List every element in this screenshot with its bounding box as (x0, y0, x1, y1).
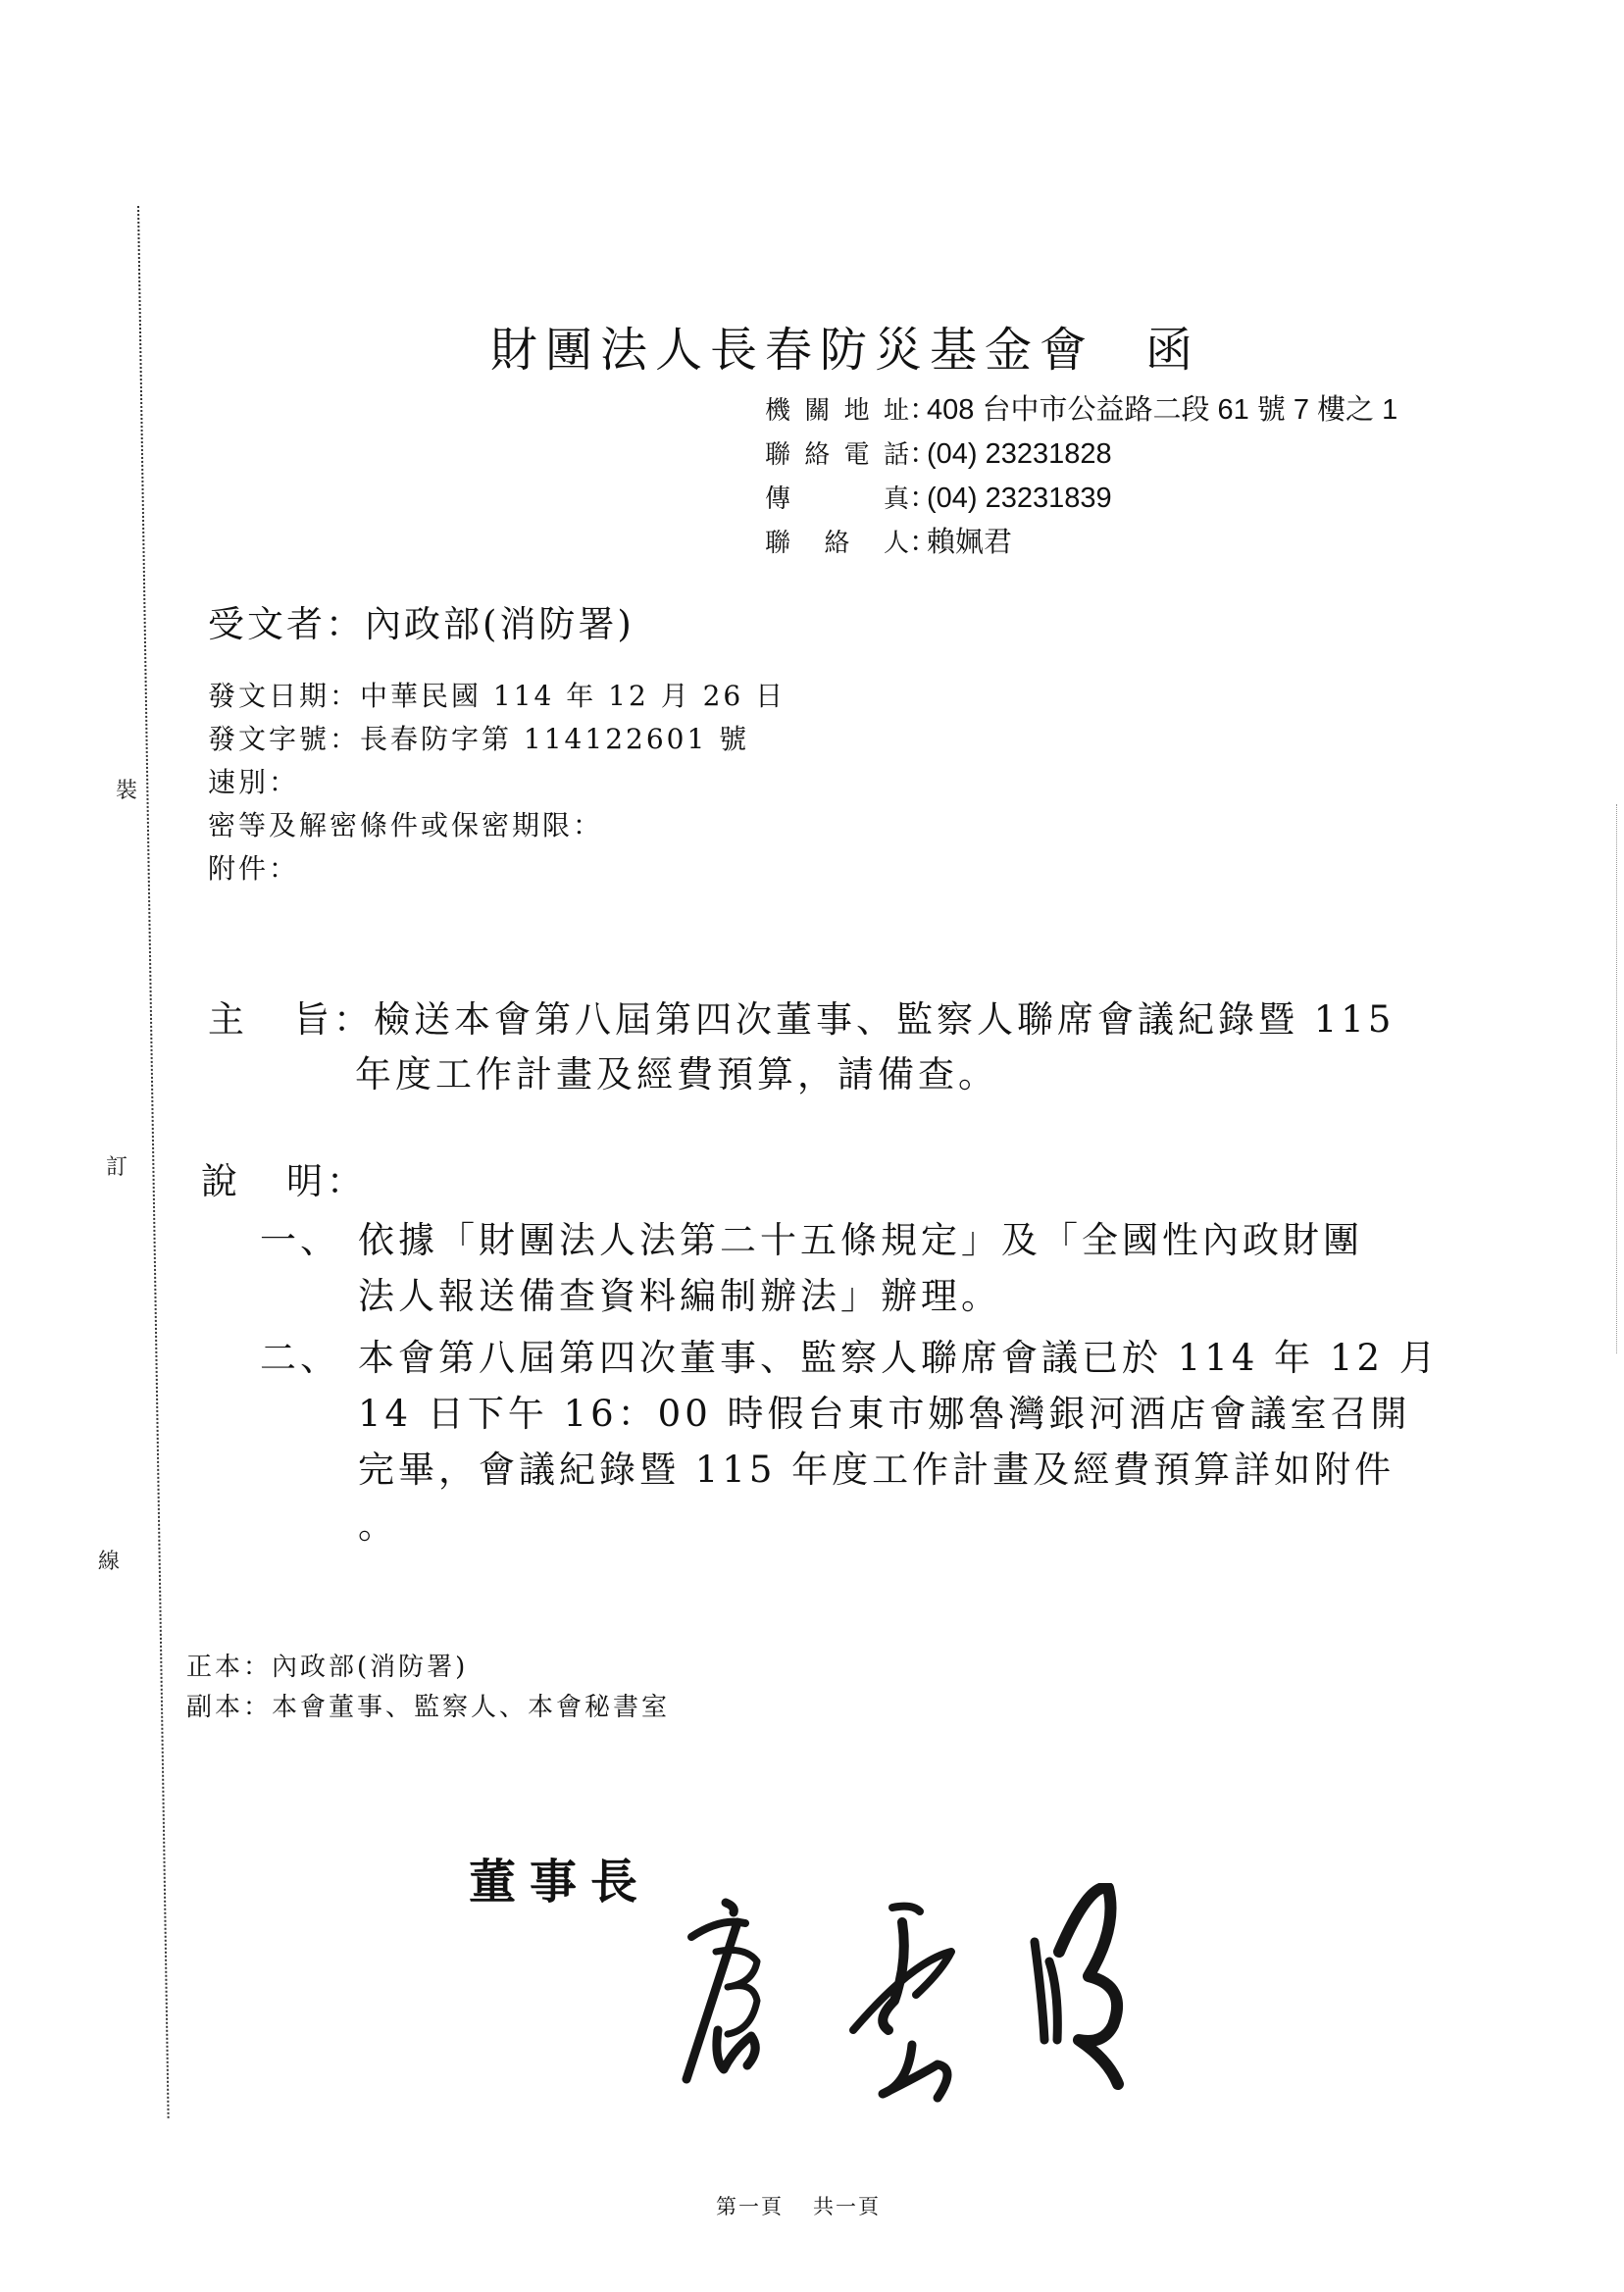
sender-fax-value: (04) 23231839 (927, 483, 1112, 514)
sender-contact-value: 賴姵君 (927, 525, 1012, 558)
sender-address-label: 機關地址 (765, 390, 909, 433)
attachment-label: 附件 (208, 852, 269, 885)
binding-margin-line (137, 206, 170, 2118)
item-line: 完畢，會議紀錄暨 115 年度工作計畫及經費預算詳如附件 (260, 1442, 1440, 1498)
sender-phone-value: (04) 23231828 (927, 438, 1112, 470)
recipient-value: 內政部(消防署) (365, 603, 634, 645)
subject-section: 主旨：檢送本會第八屆第四次董事、監察人聯席會議紀錄暨 115 年度工作計畫及經費… (208, 993, 1395, 1102)
sender-contact-label: 聯 絡 人 (765, 523, 909, 565)
subject-label: 主旨 (208, 993, 333, 1047)
sender-address-row: 機關地址：408 台中市公益路二段 61 號 7 樓之 1 (765, 388, 1397, 433)
explanation-label: 說明 (201, 1151, 327, 1204)
subject-line-2: 年度工作計畫及經費預算，請備查。 (208, 1047, 1395, 1102)
distribution: 正本：內政部(消防署) 副本：本會董事、監察人、本會秘書室 (186, 1648, 670, 1728)
scan-edge-artifact (1616, 804, 1617, 1353)
issue-date-value: 中華民國 114 年 12 月 26 日 (360, 680, 786, 712)
chairman-title: 董事長 (469, 1844, 651, 1911)
sender-info: 機關地址：408 台中市公益路二段 61 號 7 樓之 1 聯絡電話：(04) … (765, 388, 1397, 565)
sender-fax-label: 傳 真 (765, 479, 909, 521)
item-line: 法人報送備查資料編制辦法」辦理。 (260, 1268, 1363, 1324)
item-line: 本會第八屆第四次董事、監察人聯席會議已於 114 年 12 月 (358, 1337, 1440, 1379)
sender-contact-row: 聯 絡 人：賴姵君 (765, 521, 1397, 565)
reference-number-row: 發文字號：長春防字第 114122601 號 (208, 718, 786, 761)
cc-value: 本會董事、監察人、本會秘書室 (272, 1693, 670, 1722)
issue-date-label: 發文日期 (208, 680, 330, 712)
attachment-row: 附件： (208, 847, 786, 891)
subject-line-1: 檢送本會第八屆第四次董事、監察人聯席會議紀錄暨 115 (374, 998, 1395, 1041)
item-line: 。 (260, 1498, 1440, 1553)
original-value: 內政部(消防署) (272, 1653, 468, 1682)
sender-address-value: 408 台中市公益路二段 61 號 7 樓之 1 (927, 394, 1397, 426)
recipient: 受文者：內政部(消防署) (208, 594, 634, 647)
original-recipient-row: 正本：內政部(消防署) (186, 1648, 670, 1688)
recipient-label: 受文者 (208, 603, 326, 645)
sender-phone-row: 聯絡電話：(04) 23231828 (765, 433, 1397, 477)
binding-mark-ding: 訂 (106, 1157, 127, 1179)
page-number: 第一頁 (716, 2195, 784, 2218)
sender-fax-row: 傳 真：(04) 23231839 (765, 477, 1397, 521)
item-marker: 二、 (260, 1330, 358, 1386)
classification-label: 密等及解密條件或保密期限 (208, 809, 573, 841)
reference-number-label: 發文字號 (208, 723, 330, 755)
binding-mark-zhuang: 裝 (116, 781, 137, 802)
binding-mark-xian: 線 (98, 1552, 120, 1573)
item-line: 14 日下午 16：00 時假台東市娜魯灣銀河酒店會議室召開 (260, 1386, 1440, 1442)
sender-phone-label: 聯絡電話 (765, 434, 909, 477)
classification-row: 密等及解密條件或保密期限： (208, 804, 786, 847)
item-line: 依據「財團法人法第二十五條規定」及「全國性內政財團 (358, 1219, 1363, 1261)
document-type: 函 (1145, 323, 1200, 378)
organization-name: 財團法人長春防災基金會 (490, 323, 1094, 378)
issue-date-row: 發文日期：中華民國 114 年 12 月 26 日 (208, 675, 786, 718)
document-meta: 發文日期：中華民國 114 年 12 月 26 日 發文字號：長春防字第 114… (208, 675, 786, 891)
document-title: 財團法人長春防災基金會函 (490, 312, 1200, 380)
explanation-item-2: 二、本會第八屆第四次董事、監察人聯席會議已於 114 年 12 月 14 日下午… (260, 1330, 1440, 1553)
explanation-heading: 說明： (201, 1151, 367, 1204)
page-footer: 第一頁共一頁 (716, 2191, 881, 2220)
handwritten-signature-icon (657, 1883, 1167, 2118)
cc-label: 副本 (186, 1693, 243, 1722)
item-marker: 一、 (260, 1212, 358, 1268)
cc-row: 副本：本會董事、監察人、本會秘書室 (186, 1688, 670, 1728)
explanation-item-1: 一、依據「財團法人法第二十五條規定」及「全國性內政財團 法人報送備查資料編制辦法… (260, 1212, 1363, 1324)
original-label: 正本 (186, 1653, 243, 1682)
reference-number-value: 長春防字第 114122601 號 (360, 723, 749, 755)
speed-label: 速別 (208, 766, 269, 798)
speed-row: 速別： (208, 761, 786, 804)
page-total: 共一頁 (813, 2195, 881, 2218)
